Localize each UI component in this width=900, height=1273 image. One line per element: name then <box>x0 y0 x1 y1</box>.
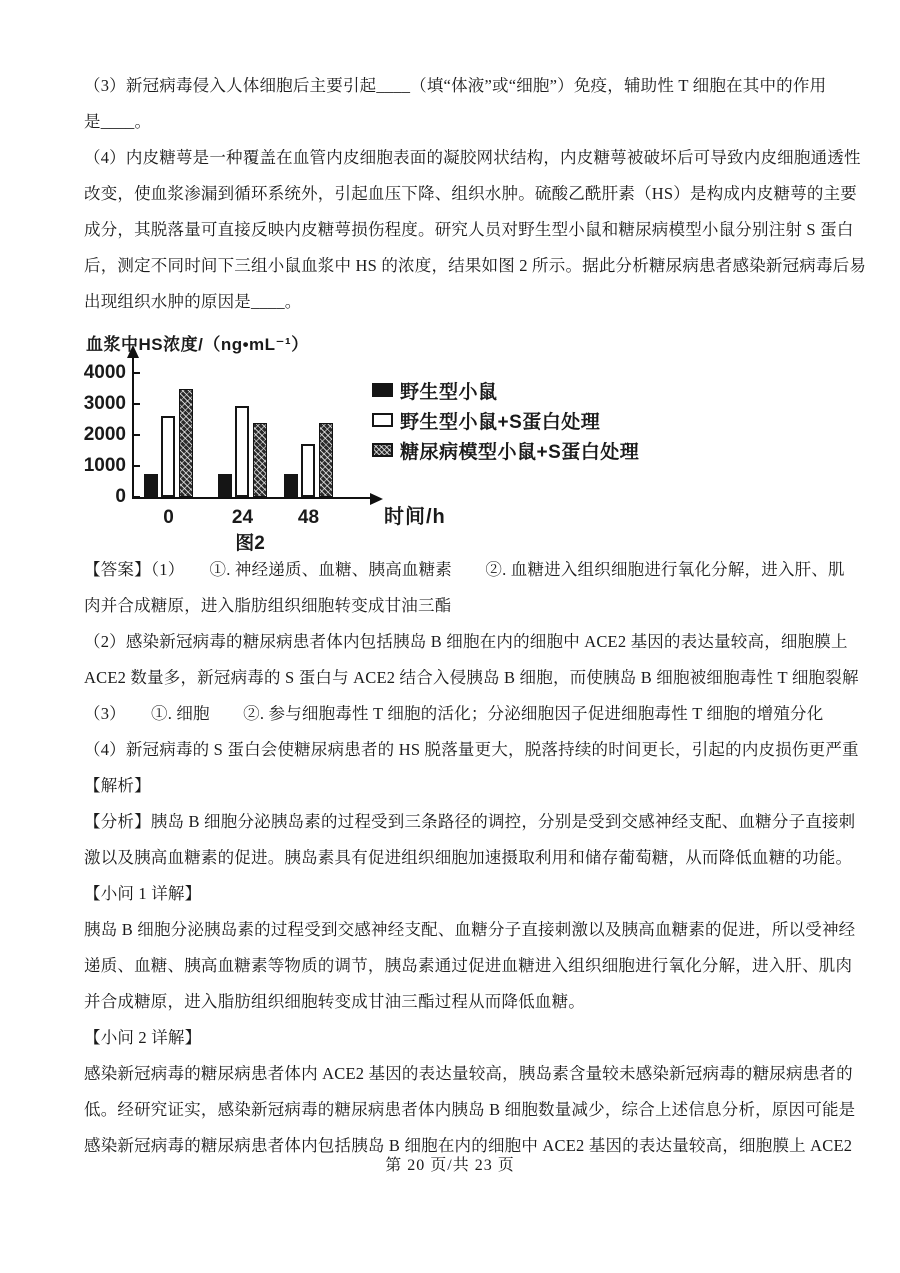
text-line: 后，测定不同时间下三组小鼠血浆中 HS 的浓度，结果如图 2 所示。据此分析糖尿… <box>84 248 828 284</box>
question-section: （3）新冠病毒侵入人体细胞后主要引起____（填“体液”或“细胞”）免疫，辅助性… <box>84 68 828 320</box>
text-line: 肉并合成糖原，进入脂肪组织细胞转变成甘油三酯 <box>84 588 828 624</box>
y-tick-mark <box>134 465 140 467</box>
text-line: （3）新冠病毒侵入人体细胞后主要引起____（填“体液”或“细胞”）免疫，辅助性… <box>84 68 828 104</box>
legend-swatch-open-white-icon <box>372 413 393 427</box>
page-footer: 第 20 页/共 23 页 <box>0 1152 900 1175</box>
legend-label: 野生型小鼠 <box>400 377 498 404</box>
chart-y-axis-title: 血浆中HS浓度/（ng•mL⁻¹） <box>86 330 309 355</box>
y-tick-mark <box>134 372 140 374</box>
y-tick-label: 2000 <box>78 424 126 446</box>
text-line: 低。经研究证实，感染新冠病毒的糖尿病患者体内胰岛 B 细胞数量减少，综合上述信息… <box>84 1092 828 1128</box>
text-line: 递质、血糖、胰高血糖素等物质的调节，胰岛素通过促进血糖进入组织细胞进行氧化分解，… <box>84 948 828 984</box>
text-line: （4）内皮糖萼是一种覆盖在血管内皮细胞表面的凝胶网状结构，内皮糖萼被破坏后可导致… <box>84 140 828 176</box>
text-line: 出现组织水肿的原因是____。 <box>84 284 828 320</box>
bar-hatched-0h <box>179 389 193 498</box>
bar-solid-black-0h <box>144 474 158 497</box>
y-tick-mark <box>134 434 140 436</box>
chart-legend: 野生型小鼠野生型小鼠+S蛋白处理糖尿病模型小鼠+S蛋白处理 <box>372 380 639 470</box>
x-tick-label: 24 <box>221 507 265 529</box>
y-tick-label: 1000 <box>78 455 126 477</box>
y-tick-label: 4000 <box>78 362 126 384</box>
y-tick-mark <box>134 496 140 498</box>
text-line: （2）感染新冠病毒的糖尿病患者体内包括胰岛 B 细胞在内的细胞中 ACE2 基因… <box>84 624 828 660</box>
x-tick-label: 48 <box>287 507 331 529</box>
x-axis-arrow-icon <box>370 493 383 505</box>
x-tick-label: 0 <box>147 507 191 529</box>
legend-label: 糖尿病模型小鼠+S蛋白处理 <box>400 437 639 464</box>
y-tick-label: 3000 <box>78 393 126 415</box>
legend-item: 野生型小鼠 <box>372 380 639 400</box>
bar-open-white-48h <box>301 444 315 497</box>
legend-swatch-hatched-icon <box>372 443 393 457</box>
text-line: 【分析】胰岛 B 细胞分泌胰岛素的过程受到三条路径的调控，分别是受到交感神经支配… <box>84 804 828 840</box>
text-line: 成分，其脱落量可直接反映内皮糖萼损伤程度。研究人员对野生型小鼠和糖尿病模型小鼠分… <box>84 212 828 248</box>
text-line: 改变，使血浆渗漏到循环系统外，引起血压下降、组织水肿。硫酸乙酰肝素（HS）是构成… <box>84 176 828 212</box>
text-line: 感染新冠病毒的糖尿病患者体内 ACE2 基因的表达量较高，胰岛素含量较未感染新冠… <box>84 1056 828 1092</box>
text-line: （3） ①. 细胞 ②. 参与细胞毒性 T 细胞的活化；分泌细胞因子促进细胞毒性… <box>84 696 828 732</box>
text-line: 并合成糖原，进入脂肪组织细胞转变成甘油三酯过程从而降低血糖。 <box>84 984 828 1020</box>
text-line: 【小问 1 详解】 <box>84 876 828 912</box>
exam-document-page: （3）新冠病毒侵入人体细胞后主要引起____（填“体液”或“细胞”）免疫，辅助性… <box>0 0 900 1273</box>
text-line: ACE2 数量多，新冠病毒的 S 蛋白与 ACE2 结合入侵胰岛 B 细胞，而使… <box>84 660 828 696</box>
y-tick-label: 0 <box>78 486 126 508</box>
y-axis-arrow-icon <box>127 345 139 358</box>
text-line: 激以及胰高血糖素的促进。胰岛素具有促进组织细胞加速摄取利用和储存葡萄糖，从而降低… <box>84 840 828 876</box>
answer-section: 【答案】（1） ①. 神经递质、血糖、胰高血糖素 ②. 血糖进入组织细胞进行氧化… <box>84 552 828 1164</box>
text-line: 胰岛 B 细胞分泌胰岛素的过程受到交感神经支配、血糖分子直接刺激以及胰高血糖素的… <box>84 912 828 948</box>
legend-swatch-solid-black-icon <box>372 383 393 397</box>
y-tick-mark <box>134 403 140 405</box>
chart-caption: 图2 <box>132 528 368 555</box>
text-line: （4）新冠病毒的 S 蛋白会使糖尿病患者的 HS 脱落量更大，脱落持续的时间更长… <box>84 732 828 768</box>
text-line: 【答案】（1） ①. 神经递质、血糖、胰高血糖素 ②. 血糖进入组织细胞进行氧化… <box>84 552 828 588</box>
legend-item: 野生型小鼠+S蛋白处理 <box>372 410 639 430</box>
bar-hatched-48h <box>319 423 333 497</box>
legend-item: 糖尿病模型小鼠+S蛋白处理 <box>372 440 639 460</box>
bar-solid-black-48h <box>284 474 298 497</box>
bar-solid-black-24h <box>218 474 232 497</box>
text-line: 【小问 2 详解】 <box>84 1020 828 1056</box>
text-line: 【解析】 <box>84 768 828 804</box>
chart-x-axis-title: 时间/h <box>384 500 446 529</box>
bar-open-white-0h <box>161 416 175 497</box>
bar-open-white-24h <box>235 406 249 497</box>
figure2-bar-chart: 血浆中HS浓度/（ng•mL⁻¹） 0100020003000400002448… <box>84 328 684 548</box>
chart-plot-area: 0100020003000400002448 <box>132 358 370 499</box>
bar-hatched-24h <box>253 423 267 497</box>
text-line: 是____。 <box>84 104 828 140</box>
legend-label: 野生型小鼠+S蛋白处理 <box>400 407 600 434</box>
